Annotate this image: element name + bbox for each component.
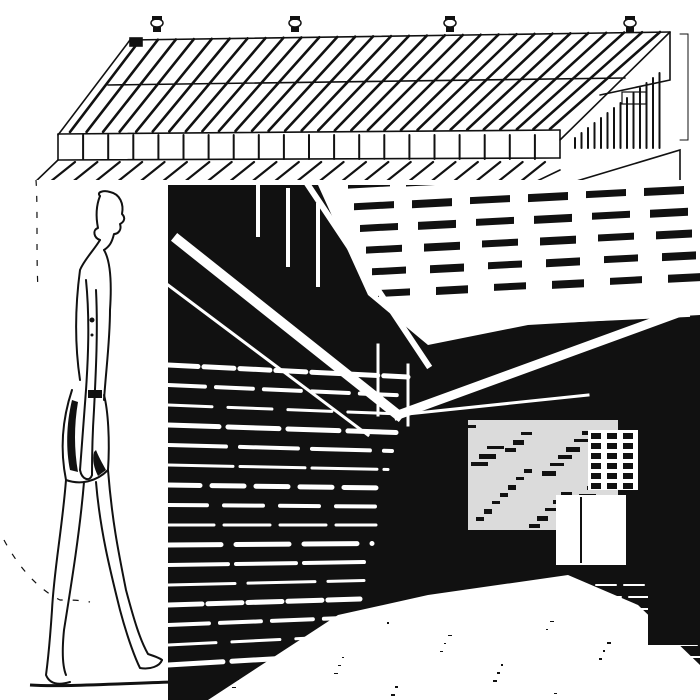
roof-drawing: Slanted glazed roof structure drawing [0, 0, 700, 180]
interior-photo: Interior of shed with exposed roof truss… [168, 185, 700, 700]
roof-illustration [0, 0, 700, 180]
walking-man-illustration [0, 170, 172, 700]
shed-interior-photograph [168, 185, 700, 700]
figure-drawing: Walking man in profile [0, 170, 172, 700]
